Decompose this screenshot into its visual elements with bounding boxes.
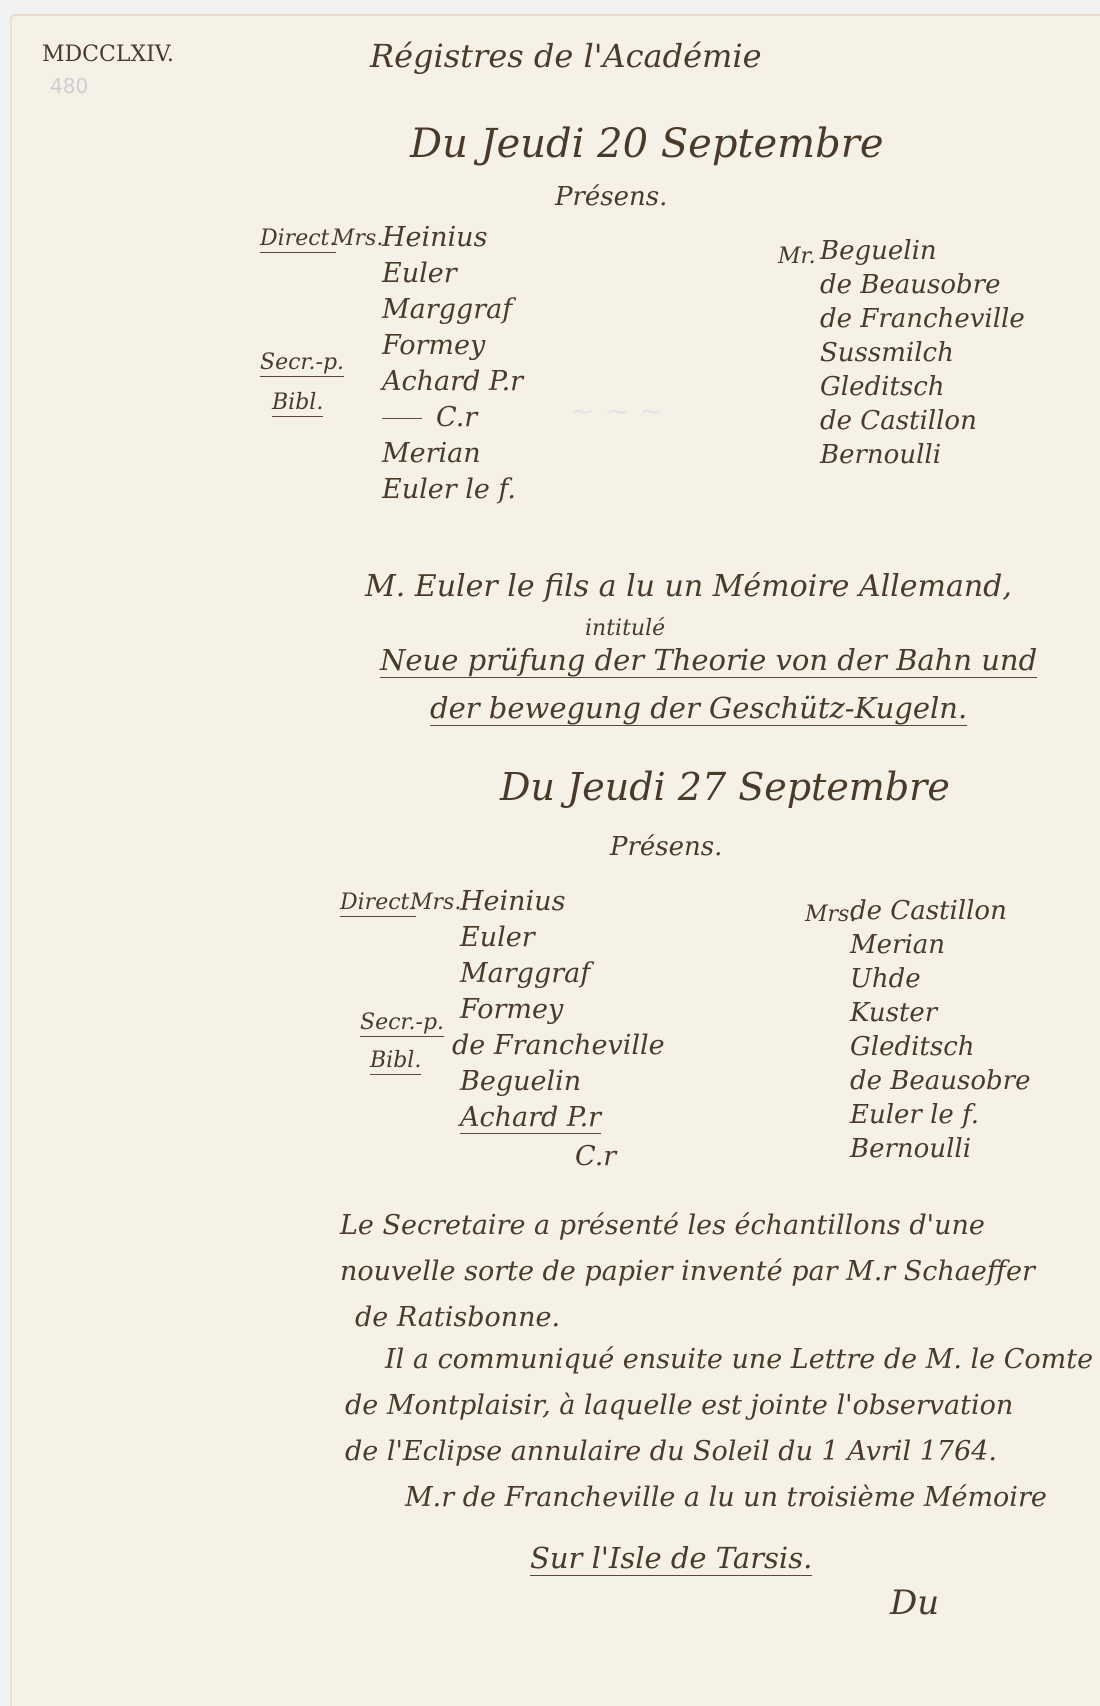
member-name: Euler bbox=[382, 260, 523, 287]
minute-p2-line1: Il a communiqué ensuite une Lettre de M.… bbox=[385, 1346, 1093, 1373]
session2-date: Du Jeudi 27 Septembre bbox=[500, 768, 950, 806]
session1-minute-intitule: intitulé bbox=[585, 618, 665, 640]
session1-presens: Présens. bbox=[555, 184, 667, 210]
session2-prefix: Mrs. bbox=[410, 892, 461, 914]
member-name: Beguelin bbox=[820, 238, 1025, 264]
member-name: Heinius bbox=[460, 888, 665, 915]
register-title: Régistres de l'Académie bbox=[370, 40, 762, 72]
member-suffix: C.r bbox=[575, 1143, 665, 1170]
member-name: Bernoulli bbox=[850, 1136, 1031, 1162]
memoir-title-line1: Neue prüfung der Theorie von der Bahn un… bbox=[380, 646, 1037, 678]
session1-left-members: Heinius Euler Marggraf Formey Achard P.r… bbox=[382, 224, 523, 512]
minute-p1-line1: Le Secretaire a présenté les échantillon… bbox=[340, 1212, 985, 1239]
session2-right-prefix: Mrs. bbox=[805, 904, 856, 926]
session1-role-direct: Direct. bbox=[260, 228, 336, 253]
member-name: Euler le f. bbox=[382, 476, 523, 503]
minute-p1-line3: de Ratisbonne. bbox=[355, 1304, 560, 1331]
bleed-through-text: ~ ~ ~ bbox=[570, 394, 664, 429]
member-name: de Castillon bbox=[820, 408, 1025, 434]
margin-year: MDCCLXIV. bbox=[42, 44, 174, 66]
folio-number: 480 bbox=[50, 76, 88, 96]
session1-role-secr: Secr.-p. bbox=[260, 352, 344, 377]
minute-p1-line2: nouvelle sorte de papier inventé par M.r… bbox=[340, 1258, 1035, 1285]
member-name: Formey bbox=[460, 996, 665, 1023]
session2-role-direct: Direct. bbox=[340, 892, 416, 917]
member-name: de Beausobre bbox=[850, 1068, 1031, 1094]
member-name: Gleditsch bbox=[850, 1034, 1031, 1060]
session1-right-prefix: Mr. bbox=[778, 246, 816, 268]
session1-right-members: Beguelin de Beausobre de Francheville Su… bbox=[820, 238, 1025, 476]
ditto-dash bbox=[382, 418, 422, 419]
member-name: Gleditsch bbox=[820, 374, 1025, 400]
member-name: de Francheville bbox=[452, 1032, 665, 1059]
member-name: Marggraf bbox=[382, 296, 523, 323]
member-name: Beguelin bbox=[460, 1068, 665, 1095]
member-name: Kuster bbox=[850, 1000, 1031, 1026]
member-name: Merian bbox=[382, 440, 523, 467]
member-name-ditto: C.r bbox=[382, 404, 523, 431]
session2-right-members: de Castillon Merian Uhde Kuster Gleditsc… bbox=[850, 898, 1031, 1170]
minute-p3-line1: M.r de Francheville a lu un troisième Mé… bbox=[405, 1484, 1047, 1511]
member-name: Euler le f. bbox=[850, 1102, 1031, 1128]
session2-left-members: Heinius Euler Marggraf Formey de Franche… bbox=[460, 888, 665, 1179]
member-name: Sussmilch bbox=[820, 340, 1025, 366]
manuscript-page: ~ ~ ~ MDCCLXIV. 480 Régistres de l'Acadé… bbox=[10, 14, 1100, 1706]
minute-p2-line2: de Montplaisir, à laquelle est jointe l'… bbox=[345, 1392, 1013, 1419]
session1-prefix: Mrs. bbox=[332, 228, 383, 250]
memoir-title: Sur l'Isle de Tarsis. bbox=[530, 1544, 812, 1576]
session1-minute-line1: M. Euler le fils a lu un Mémoire Alleman… bbox=[365, 572, 1012, 602]
session2-role-secr: Secr.-p. bbox=[360, 1012, 444, 1037]
member-name: Heinius bbox=[382, 224, 523, 251]
member-name: Uhde bbox=[850, 966, 1031, 992]
member-name: de Francheville bbox=[820, 306, 1025, 332]
minute-p2-line3: de l'Eclipse annulaire du Soleil du 1 Av… bbox=[345, 1438, 997, 1465]
session1-date: Du Jeudi 20 Septembre bbox=[410, 124, 884, 164]
member-suffix: C.r bbox=[436, 402, 477, 433]
member-name: Merian bbox=[850, 932, 1031, 958]
member-name: de Beausobre bbox=[820, 272, 1025, 298]
session2-presens: Présens. bbox=[610, 834, 722, 860]
catchword: Du bbox=[890, 1586, 939, 1620]
member-name: Achard P.r bbox=[382, 368, 523, 395]
member-name: Euler bbox=[460, 924, 665, 951]
member-name: Formey bbox=[382, 332, 523, 359]
session1-role-bibl: Bibl. bbox=[272, 392, 323, 417]
member-name: de Castillon bbox=[850, 898, 1031, 924]
member-name: Marggraf bbox=[460, 960, 665, 987]
session2-role-bibl: Bibl. bbox=[370, 1050, 421, 1075]
member-name: Achard P.r bbox=[460, 1104, 601, 1134]
memoir-title-line2: der bewegung der Geschütz-Kugeln. bbox=[430, 694, 967, 726]
member-name: Bernoulli bbox=[820, 442, 1025, 468]
